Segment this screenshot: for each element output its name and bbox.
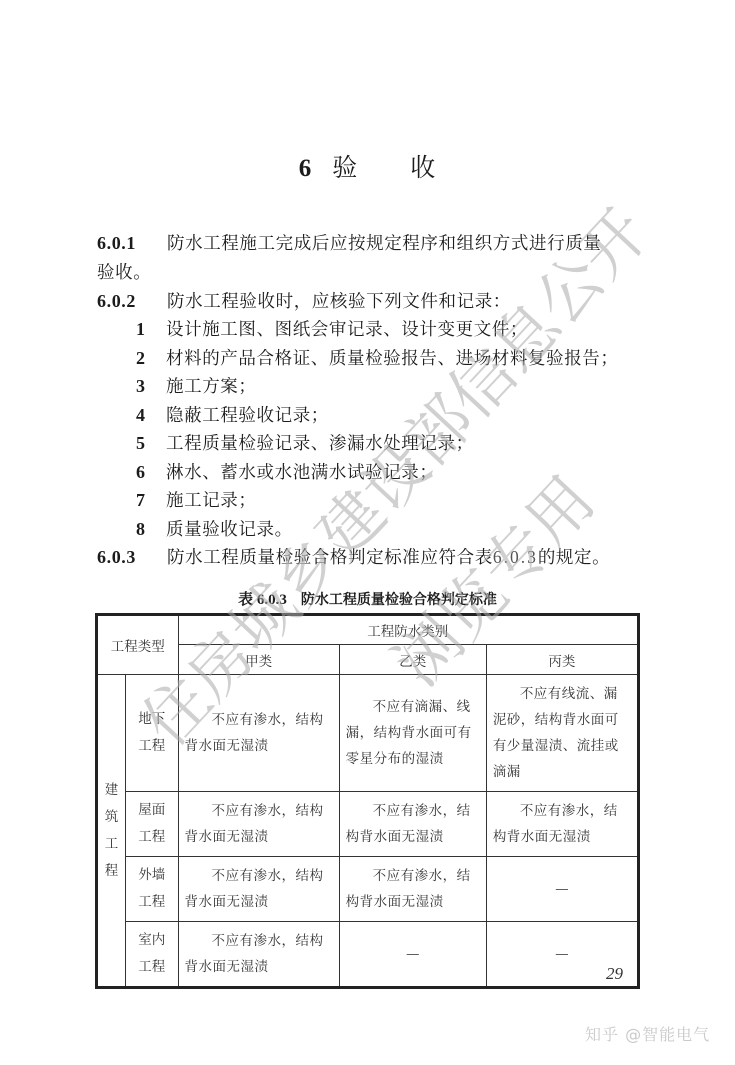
cell-class-c-empty: — (486, 857, 638, 922)
clause-6-0-2: 6.0.2防水工程验收时，应核验下列文件和记录： (97, 288, 511, 313)
header-class-b: 乙类 (339, 645, 486, 675)
cell-class-c: 不应有线流、漏泥砂，结构背水面可有少量湿渍、流挂或滴漏 (486, 675, 638, 792)
cell-class-c: 不应有渗水，结构背水面无湿渍 (486, 792, 638, 857)
type-line: 地下 (126, 706, 178, 733)
list-item: 7施工记录； (136, 487, 257, 512)
item-text: 设计施工图、图纸会审记录、设计变更文件； (166, 320, 528, 340)
table-row: 室内 工程 不应有渗水，结构背水面无湿渍 — — (97, 922, 639, 988)
cell-class-a: 不应有渗水，结构背水面无湿渍 (178, 857, 339, 922)
chapter-title-char2: 收 (410, 153, 436, 182)
table-row: 外墙 工程 不应有渗水，结构背水面无湿渍 不应有渗水，结构背水面无湿渍 — (97, 857, 639, 922)
row-type-exterior-wall: 外墙 工程 (125, 857, 178, 922)
clause-text: 验收。 (97, 263, 151, 283)
item-text: 材料的产品合格证、质量检验报告、进场材料复验报告； (166, 349, 619, 369)
list-item: 2材料的产品合格证、质量检验报告、进场材料复验报告； (136, 345, 619, 370)
type-line: 工程 (126, 824, 178, 851)
type-line: 外墙 (126, 862, 178, 889)
item-text: 施工记录； (166, 491, 257, 511)
item-text: 工程质量检验记录、渗漏水处理记录； (166, 434, 474, 454)
chapter-title-char1: 验 (332, 153, 358, 182)
type-line: 工程 (126, 954, 178, 981)
cell-class-b: 不应有渗水，结构背水面无湿渍 (339, 857, 486, 922)
item-text: 质量验收记录。 (166, 520, 293, 540)
cell-class-a: 不应有渗水，结构背水面无湿渍 (178, 792, 339, 857)
item-number: 7 (136, 490, 166, 511)
table-reference: 6.0.3 (493, 547, 538, 567)
clause-6-0-1-continued: 验收。 (97, 259, 151, 284)
item-number: 5 (136, 433, 166, 454)
clause-6-0-1: 6.0.1防水工程施工完成后应按规定程序和组织方式进行质量 (97, 230, 601, 255)
list-item: 6淋水、蓄水或水池满水试验记录； (136, 459, 438, 484)
row-type-underground: 地下 工程 (125, 675, 178, 792)
page-number: 29 (606, 964, 623, 984)
row-type-roof: 屋面 工程 (125, 792, 178, 857)
cell-class-a: 不应有渗水，结构背水面无湿渍 (178, 675, 339, 792)
list-item: 8质量验收记录。 (136, 516, 293, 541)
header-class-c: 丙类 (486, 645, 638, 675)
item-text: 淋水、蓄水或水池满水试验记录； (166, 463, 438, 483)
list-item: 1设计施工图、图纸会审记录、设计变更文件； (136, 316, 528, 341)
header-waterproof-category: 工程防水类别 (178, 615, 638, 645)
header-class-a: 甲类 (178, 645, 339, 675)
item-text: 隐蔽工程验收记录； (166, 406, 329, 426)
type-line: 屋面 (126, 797, 178, 824)
group-char: 建 (98, 777, 125, 804)
chapter-number: 6 (299, 155, 313, 182)
group-char: 工 (98, 831, 125, 858)
header-project-type: 工程类型 (97, 615, 179, 675)
group-char: 筑 (98, 804, 125, 831)
acceptance-criteria-table: 工程类型 工程防水类别 甲类 乙类 丙类 建 筑 工 程 地下 工程 不应有渗水… (95, 613, 640, 989)
table-row: 建 筑 工 程 地下 工程 不应有渗水，结构背水面无湿渍 不应有滴漏、线漏，结构… (97, 675, 639, 792)
item-text: 施工方案； (166, 377, 257, 397)
group-char: 程 (98, 858, 125, 885)
list-item: 3施工方案； (136, 373, 257, 398)
cell-class-b-empty: — (339, 922, 486, 988)
type-line: 工程 (126, 733, 178, 760)
cell-class-b: 不应有渗水，结构背水面无湿渍 (339, 792, 486, 857)
item-number: 4 (136, 405, 166, 426)
clause-number: 6.0.3 (97, 547, 167, 568)
cell-class-a: 不应有渗水，结构背水面无湿渍 (178, 922, 339, 988)
table-caption-title: 防水工程质量检验合格判定标准 (301, 592, 497, 608)
clause-text: 防水工程验收时，应核验下列文件和记录： (167, 292, 511, 312)
clause-6-0-3: 6.0.3防水工程质量检验合格判定标准应符合表6.0.3的规定。 (97, 544, 610, 569)
item-number: 6 (136, 462, 166, 483)
table-row: 屋面 工程 不应有渗水，结构背水面无湿渍 不应有渗水，结构背水面无湿渍 不应有渗… (97, 792, 639, 857)
list-item: 4隐蔽工程验收记录； (136, 402, 329, 427)
type-line: 工程 (126, 889, 178, 916)
chapter-title: 6验收 (0, 148, 735, 184)
item-number: 8 (136, 519, 166, 540)
clause-number: 6.0.1 (97, 233, 167, 254)
clause-text: 防水工程质量检验合格判定标准应符合表 (167, 548, 493, 568)
source-credit: 知乎 @智能电气 (585, 1022, 710, 1045)
type-line: 室内 (126, 927, 178, 954)
item-number: 3 (136, 376, 166, 397)
cell-class-b: 不应有滴漏、线漏，结构背水面可有零星分布的湿渍 (339, 675, 486, 792)
clause-text: 防水工程施工完成后应按规定程序和组织方式进行质量 (167, 234, 601, 254)
clause-text-end: 的规定。 (538, 548, 610, 568)
table-caption: 表 6.0.3防水工程质量检验合格判定标准 (0, 588, 735, 609)
item-number: 1 (136, 319, 166, 340)
group-label-building-works: 建 筑 工 程 (97, 675, 126, 988)
item-number: 2 (136, 348, 166, 369)
row-type-interior: 室内 工程 (125, 922, 178, 988)
list-item: 5工程质量检验记录、渗漏水处理记录； (136, 430, 474, 455)
clause-number: 6.0.2 (97, 291, 167, 312)
table-caption-number: 表 6.0.3 (238, 592, 287, 608)
